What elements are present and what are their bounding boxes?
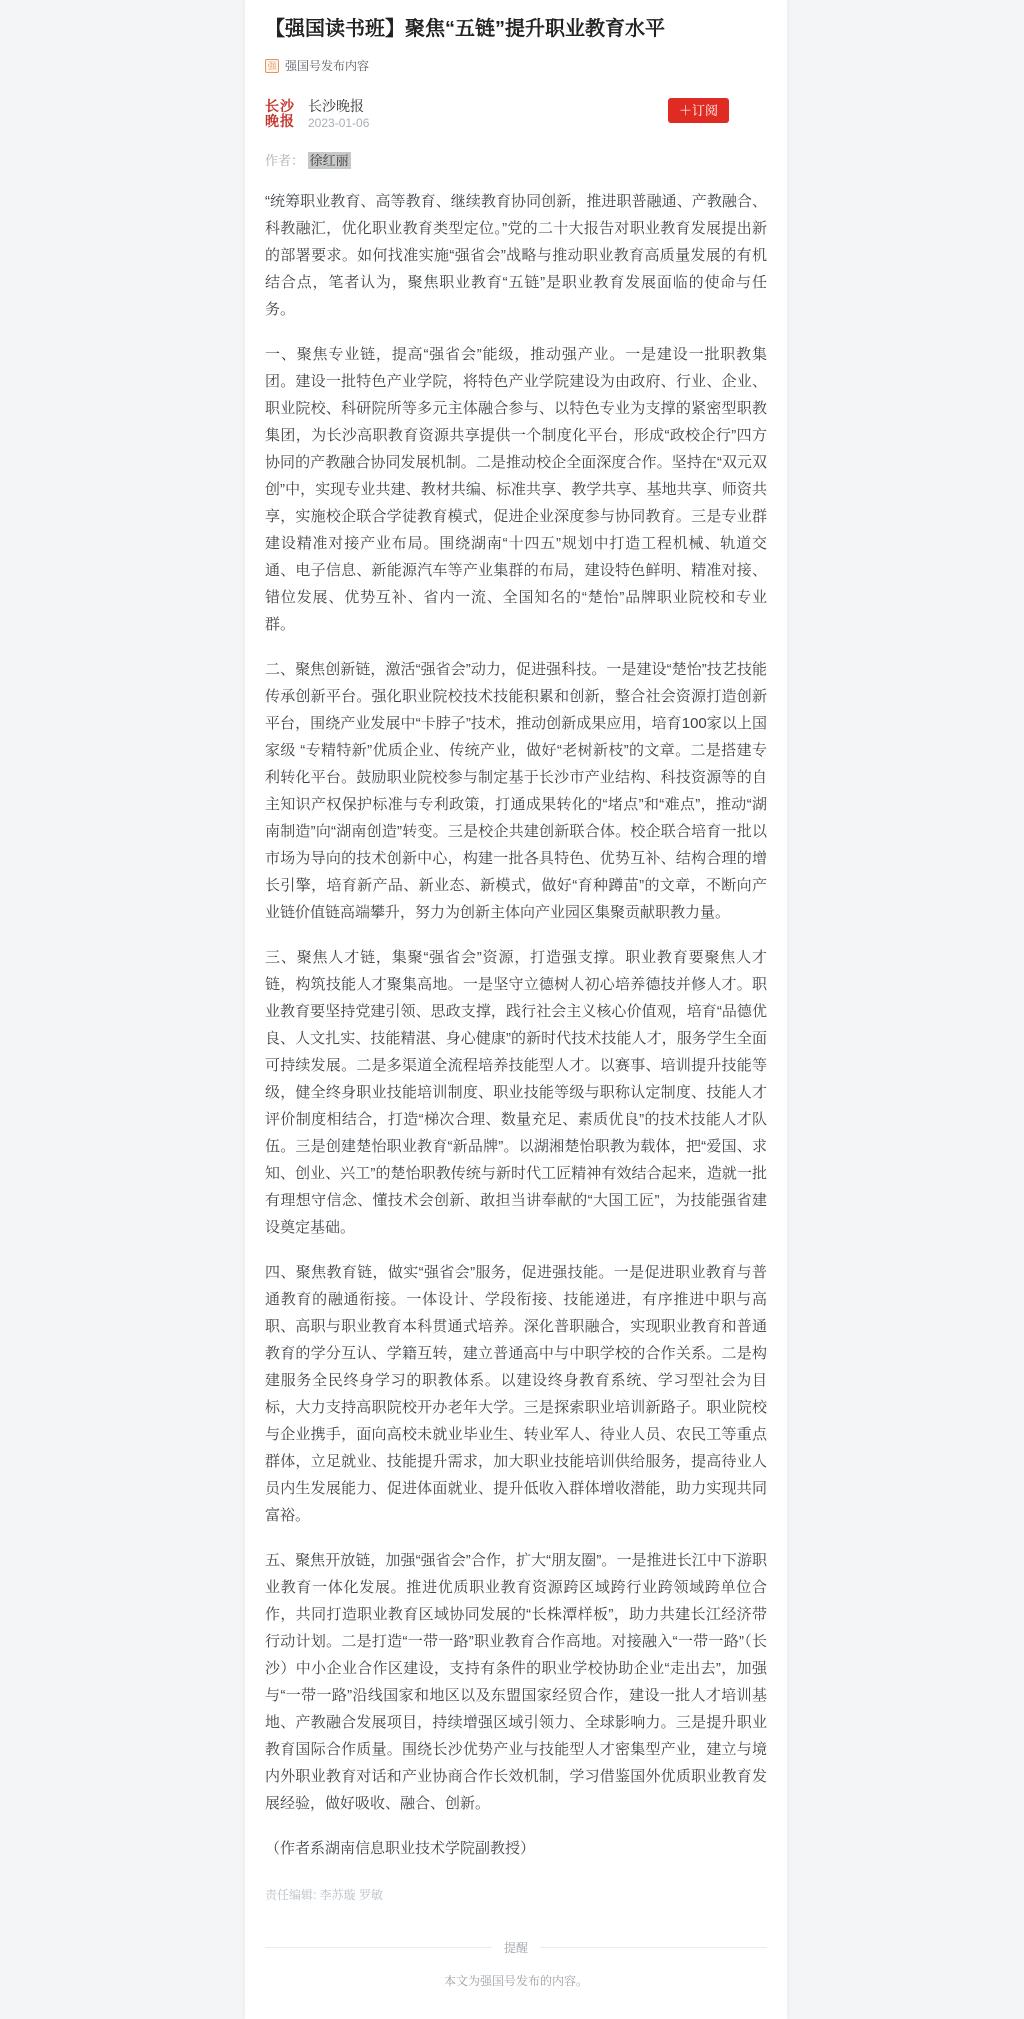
article-paragraph: 三、聚焦人才链，集聚“强省会”资源，打造强支撑。职业教育要聚焦人才链，构筑技能人… xyxy=(265,944,767,1241)
article-body: “统筹职业教育、高等教育、继续教育协同创新，推进职普融通、产教融合、科教融汇，优… xyxy=(265,188,767,1624)
author-row: 作者： 徐红丽 xyxy=(265,152,767,170)
article-card: 【强国读书班】聚焦“五链”提升职业教育水平 强 强国号发布内容 长沙 晚报 长沙… xyxy=(245,0,787,1624)
publisher-row: 长沙 晚报 长沙晚报 2023-01-06 ＋订阅 xyxy=(265,96,767,132)
publisher-meta: 长沙晚报 2023-01-06 xyxy=(308,97,369,131)
article-paragraph: 五、聚焦开放链，加强“强省会”合作，扩大“朋友圈”。一是推进长江中下游职业教育一… xyxy=(265,1547,767,1624)
publisher-name[interactable]: 长沙晚报 xyxy=(308,97,369,115)
publisher-logo[interactable]: 长沙 晚报 xyxy=(265,97,299,131)
publisher-logo-text-bottom: 晚报 xyxy=(265,114,299,129)
article-paragraph: 四、聚焦教育链，做实“强省会”服务，促进强技能。一是促进职业教育与普通教育的融通… xyxy=(265,1259,767,1529)
author-label: 作者： xyxy=(265,153,304,168)
author-name: 徐红丽 xyxy=(308,152,351,169)
article-title: 【强国读书班】聚焦“五链”提升职业教育水平 xyxy=(265,14,767,44)
article-paragraph: 二、聚焦创新链，激活“强省会”动力，促进强科技。一是建设“楚怡”技艺技能传承创新… xyxy=(265,656,767,926)
content-source-label: 强国号发布内容 xyxy=(285,57,369,74)
qiangguo-badge-icon: 强 xyxy=(265,59,279,73)
subscribe-button[interactable]: ＋订阅 xyxy=(668,98,729,123)
content-source-tag: 强 强国号发布内容 xyxy=(265,57,767,74)
article-paragraph: 一、聚焦专业链，提高“强省会”能级，推动强产业。一是建设一批职教集团。建设一批特… xyxy=(265,341,767,638)
publish-date: 2023-01-06 xyxy=(308,115,369,131)
publisher-logo-text-top: 长沙 xyxy=(265,99,299,114)
article-paragraph: “统筹职业教育、高等教育、继续教育协同创新，推进职普融通、产教融合、科教融汇，优… xyxy=(265,188,767,323)
